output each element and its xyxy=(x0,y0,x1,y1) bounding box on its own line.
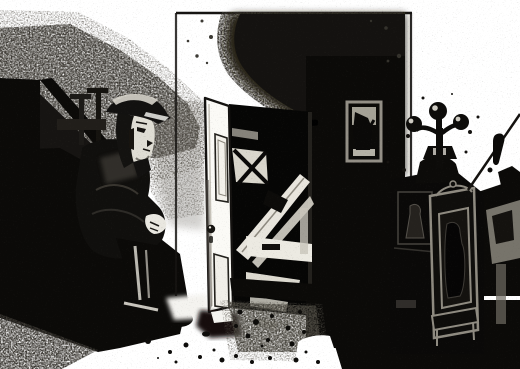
scan-grain-overlay xyxy=(0,0,520,369)
illustration-canvas xyxy=(0,0,520,369)
illustration-svg xyxy=(0,0,520,369)
